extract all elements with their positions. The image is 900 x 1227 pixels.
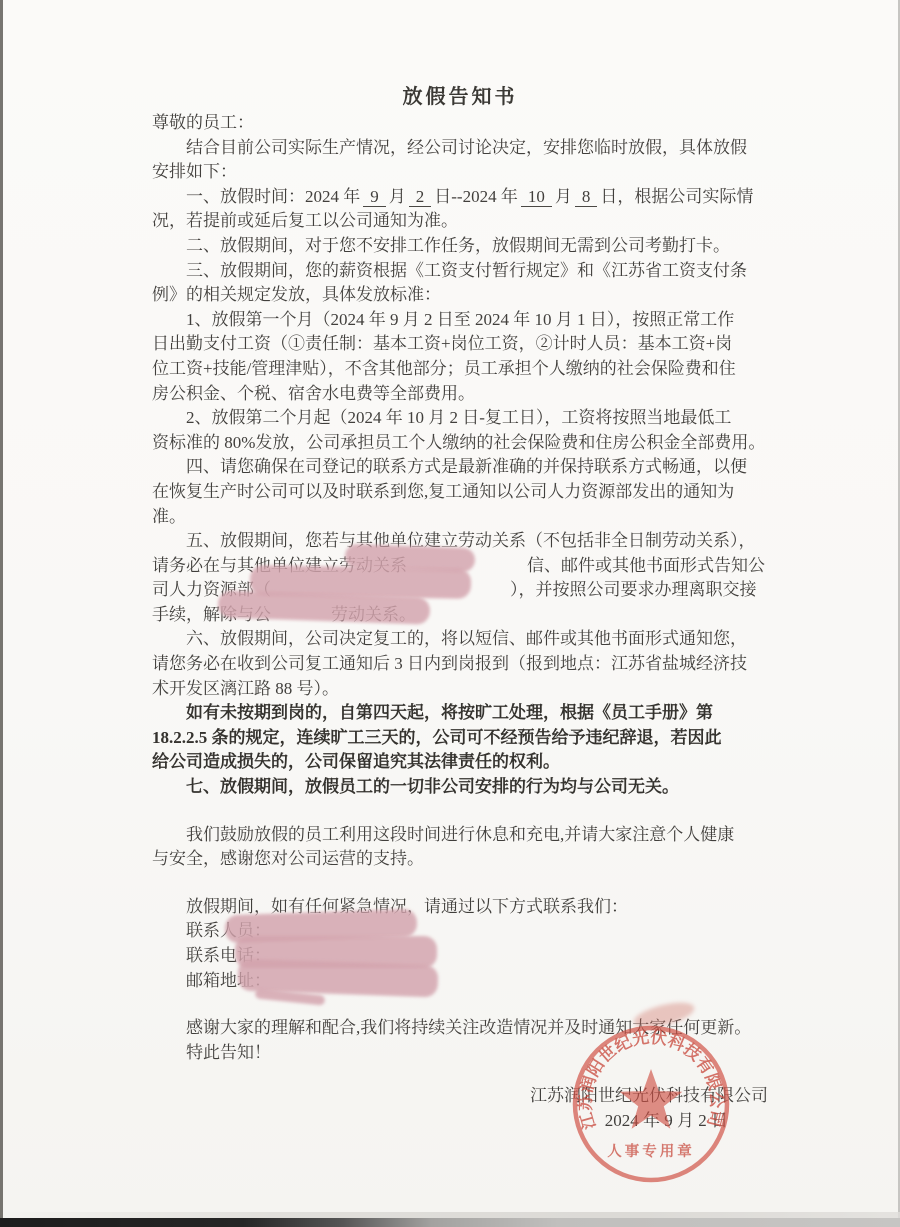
item3-line-1: 三、放假期间，您的薪资根据《工资支付暂行规定》和《江苏省工资支付条 bbox=[152, 259, 768, 284]
item3-sub1-line-4: 房公积金、个税、宿舍水电费等全部费用。 bbox=[152, 382, 768, 407]
item4-line-2: 在恢复生产时公司可以及时联系到您,复工通知以公司人力资源部发出的通知为 bbox=[152, 480, 768, 505]
item1-text: 日--2024 年 bbox=[434, 187, 518, 206]
item6-line-2: 请您务必在收到公司复工通知后 3 日内到岗报到（报到地点：江苏省盐城经济技 bbox=[152, 652, 768, 677]
warning-line-3: 给公司造成损失的，公司保留追究其法律责任的权利。 bbox=[152, 750, 768, 775]
intro-line-1: 结合目前公司实际生产情况，经公司讨论决定，安排您临时放假，具体放假 bbox=[152, 136, 768, 161]
item1-text: 日，根据公司实际情 bbox=[600, 187, 753, 206]
item1-text: 月 bbox=[389, 187, 406, 206]
item1-text: 一、放假时间：2024 年 bbox=[186, 187, 360, 206]
item3-sub1-line-3: 位工资+技能/管理津贴），不含其他部分；员工承担个人缴纳的社会保险费和住 bbox=[152, 357, 768, 382]
item6-line-1: 六、放假期间，公司决定复工的，将以短信、邮件或其他书面形式通知您， bbox=[152, 627, 768, 652]
item4-line-3: 准。 bbox=[152, 505, 768, 530]
spacer bbox=[152, 800, 768, 823]
encourage-line-1: 我们鼓励放假的员工利用这段时间进行休息和充电,并请大家注意个人健康 bbox=[152, 823, 768, 848]
item7-line: 七、放假期间，放假员工的一切非公司安排的行为均与公司无关。 bbox=[152, 775, 768, 800]
item1-text: 月 bbox=[555, 187, 572, 206]
item2-line: 二、放假期间，对于您不安排工作任务，放假期间无需到公司考勤打卡。 bbox=[152, 234, 768, 259]
item4-line-1: 四、请您确保在司登记的联系方式是最新准确的并保持联系方式畅通，以便 bbox=[152, 455, 768, 480]
item6-line-3: 术开发区漓江路 88 号）。 bbox=[152, 677, 768, 702]
end-month-underlined: 10 bbox=[521, 187, 552, 207]
scan-edge-left bbox=[0, 0, 3, 1227]
item5-text: ），并按照公司要求办理离职交接 bbox=[510, 580, 757, 599]
item5-text: 信、邮件或其他书面形式告知公 bbox=[527, 556, 765, 575]
item3-sub1-line-2: 日出勤支付工资（①责任制：基本工资+岗位工资，②计时人员：基本工资+岗 bbox=[152, 332, 768, 357]
item1-line-2: 况，若提前或延后复工以公司通知为准。 bbox=[152, 209, 768, 234]
seal-bottom-text: 人事专用章 bbox=[607, 1142, 695, 1160]
salutation: 尊敬的员工： bbox=[152, 111, 768, 136]
scanned-notice-page: 放假告知书 尊敬的员工： 结合目前公司实际生产情况，经公司讨论决定，安排您临时放… bbox=[0, 0, 900, 1227]
document-title: 放假告知书 bbox=[152, 84, 768, 111]
company-seal-stamp: 江苏润阳世纪光伏科技有限公司 人事专用章 bbox=[556, 1022, 746, 1192]
warning-line-1: 如有未按期到岗的，自第四天起，将按旷工处理，根据《员工手册》第 bbox=[152, 701, 768, 726]
encourage-line-2: 与安全，感谢您对公司运营的支持。 bbox=[152, 847, 768, 872]
end-day-underlined: 8 bbox=[575, 187, 598, 207]
warning-line-2: 18.2.2.5 条的规定，连续旷工三天的，公司可不经预告给予违纪辞退，若因此 bbox=[152, 726, 768, 751]
start-month-underlined: 9 bbox=[363, 187, 386, 207]
item3-sub1-line-1: 1、放假第一个月（2024 年 9 月 2 日至 2024 年 10 月 1 日… bbox=[152, 308, 768, 333]
spacer bbox=[152, 872, 768, 895]
start-day-underlined: 2 bbox=[409, 187, 432, 207]
item3-sub2-line-1: 2、放假第二个月起（2024 年 10 月 2 日-复工日），工资将按照当地最低… bbox=[152, 406, 768, 431]
item3-line-2: 例》的相关规定发放，具体发放标准： bbox=[152, 283, 768, 308]
item1-line-1: 一、放假时间：2024 年9月2日--2024 年10月8日，根据公司实际情 bbox=[152, 185, 768, 210]
seal-star-icon bbox=[620, 1069, 683, 1129]
scan-edge-bottom bbox=[0, 1218, 900, 1227]
intro-line-2: 安排如下： bbox=[152, 160, 768, 185]
item3-sub2-line-2: 资标准的 80%发放，公司承担员工个人缴纳的社会保险费和住房公积金全部费用。 bbox=[152, 431, 768, 456]
